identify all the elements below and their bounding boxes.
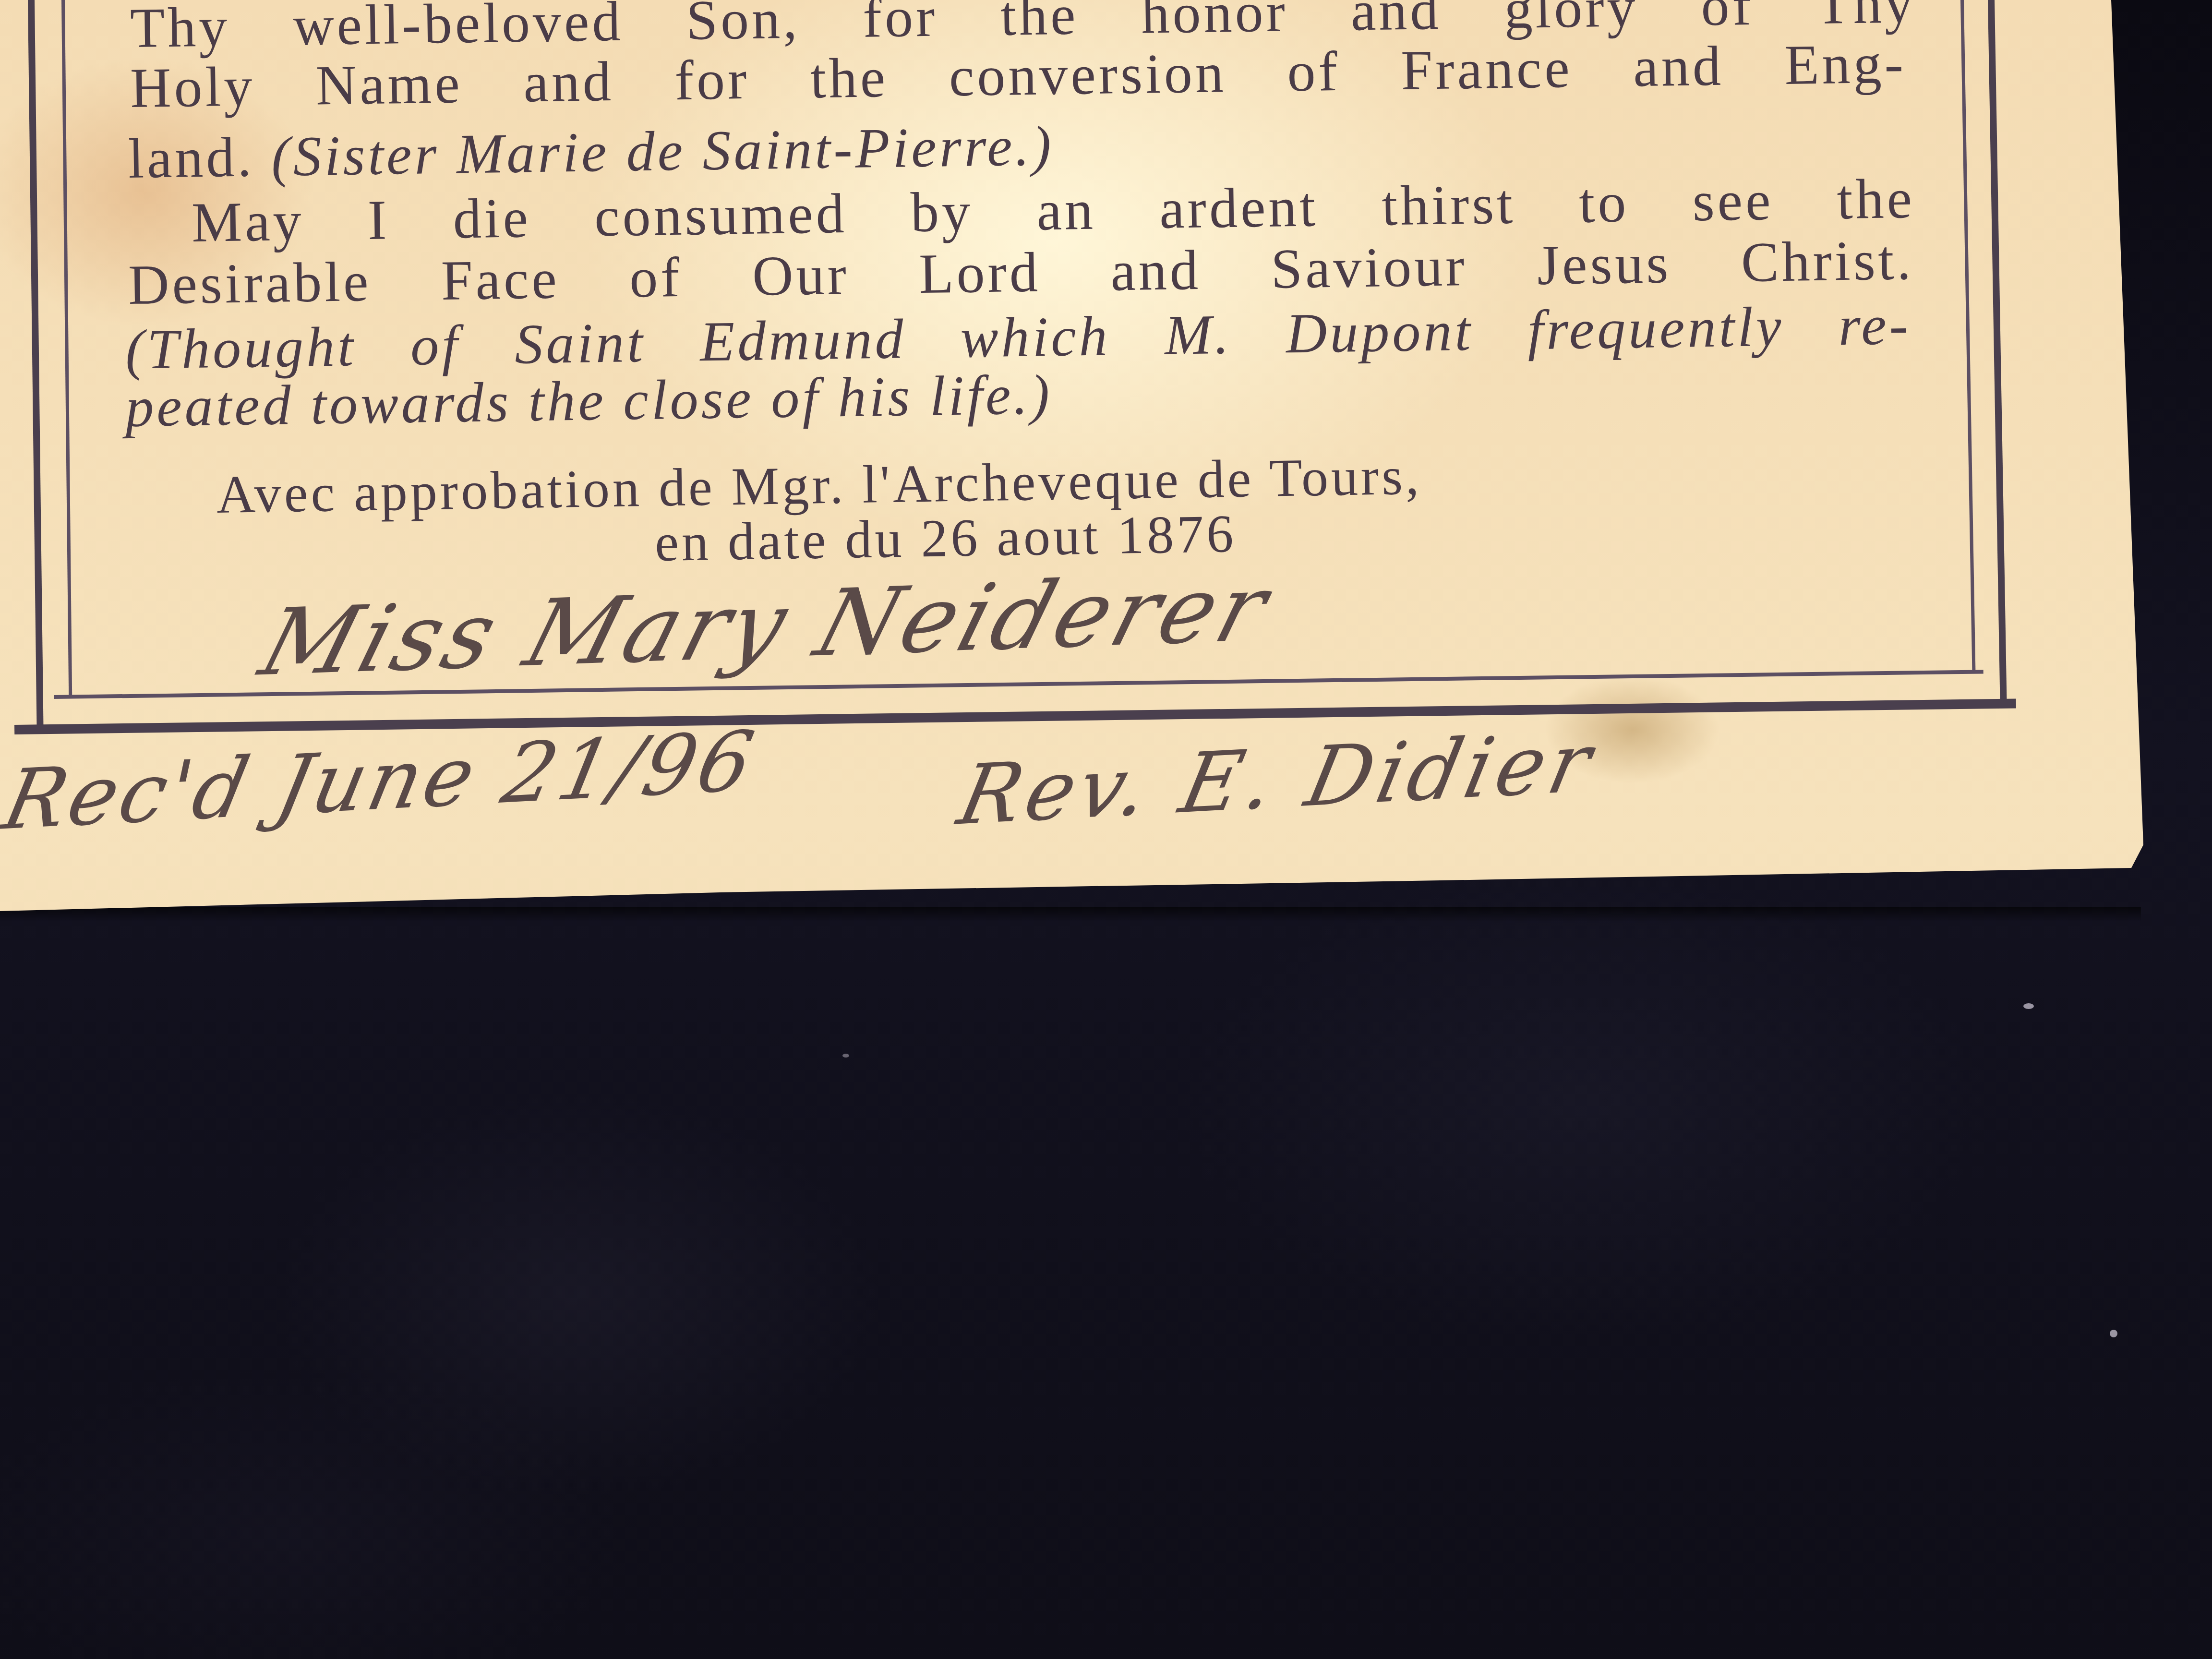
lint-speck — [2023, 1003, 2034, 1009]
handwritten-signature: Miss Mary Neiderer — [250, 554, 1282, 697]
inner-frame-left — [61, 0, 72, 698]
outer-frame-left — [28, 0, 44, 730]
handwritten-received-date: Rec'd June 21/96 — [0, 713, 764, 849]
text-line-3: land. (Sister Marie de Saint-Pierre.) — [128, 118, 1054, 187]
lint-speck — [842, 1054, 849, 1058]
attribution-sister-marie: (Sister Marie de Saint-Pierre.) — [271, 114, 1054, 188]
text-line-7: peated towards the close of his life.) — [125, 366, 1053, 436]
inner-frame-right — [1960, 0, 1975, 671]
handwritten-priest-name: Rev. E. Didier — [950, 714, 1604, 844]
card-shadow — [0, 907, 2141, 922]
outer-frame-bottom — [14, 698, 2016, 734]
outer-frame-right — [1988, 0, 2007, 703]
text-land: land. — [128, 125, 254, 190]
lint-speck — [2110, 1330, 2117, 1337]
